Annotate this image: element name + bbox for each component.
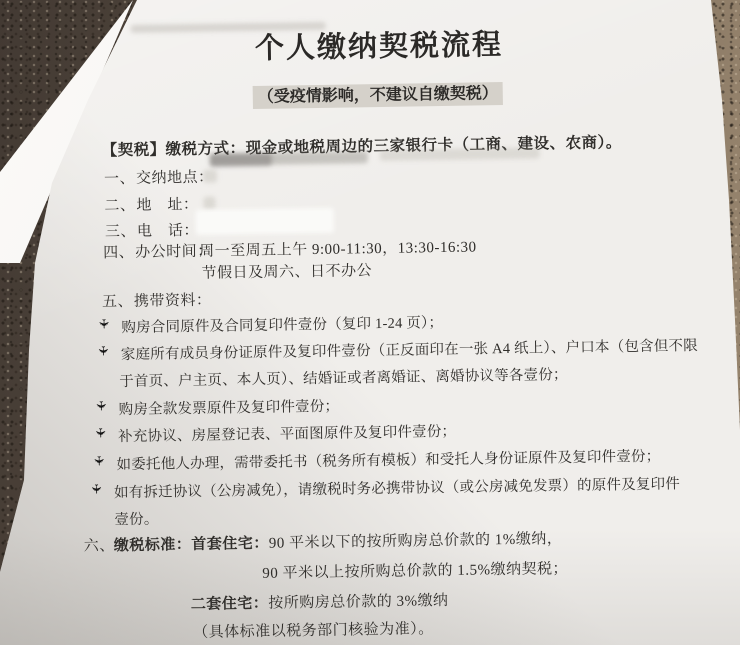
bullet-item-continued: 壹份。 xyxy=(114,508,158,530)
second-home-line: 二套住宅：按所购房总价款的 3%缴纳 xyxy=(191,589,449,614)
document-content: 个人缴纳契税流程 （受疫情影响，不建议自缴契税） 【契税】缴税方式：现金或地税周… xyxy=(0,0,740,645)
item-number: 三、 xyxy=(105,220,137,242)
plane-down-icon: ✈ xyxy=(95,318,110,329)
plane-down-icon: ✈ xyxy=(95,345,110,356)
item-number: 二、 xyxy=(104,194,136,216)
bullet-item: 如委托他人办理，需带委托书（税务所有模板）和受托人身份证原件及复印件壹份； xyxy=(116,445,660,475)
tax-standard-label: 缴税标准： xyxy=(114,537,192,554)
numbered-item-1: 一、交纳地点： xyxy=(104,166,214,189)
plane-down-icon: ✈ xyxy=(92,400,107,411)
redacted-text-blur xyxy=(210,153,272,167)
item-number: 六、 xyxy=(84,534,114,555)
bullet-item-continued: 于首页、户主页、本人页）、结婚证或者离婚证、离婚协议等各壹份； xyxy=(119,363,568,391)
item-number: 四、 xyxy=(103,241,135,263)
first-home-rule1: 90 平米以下的按所购房总价款的 1%缴纳， xyxy=(269,531,563,552)
item-label: 地 址： xyxy=(136,197,198,214)
redacted-value-blur xyxy=(203,197,215,210)
item-label: 携带资料： xyxy=(134,293,212,310)
second-home-label: 二套住宅： xyxy=(191,596,269,613)
numbered-item-2: 二、地 址： xyxy=(104,193,198,215)
redacted-phone-blur xyxy=(196,208,334,235)
bullet-item: 购房全款发票原件及复印件壹份； xyxy=(119,395,340,419)
numbered-item-5: 五、携带资料： xyxy=(102,289,212,312)
numbered-item-6: 六、缴税标准：首套住宅：90 平米以下的按所购房总价款的 1%缴纳， xyxy=(84,527,563,556)
item-number: 一、 xyxy=(104,167,136,189)
item-number: 五、 xyxy=(102,290,134,312)
numbered-item-4: 四、办公时间： xyxy=(103,240,213,263)
first-home-rule2: 90 平米以上按所购总价款的 1.5%缴纳契税； xyxy=(262,557,568,583)
photo-of-document: 个人缴纳契税流程 （受疫情影响，不建议自缴契税） 【契税】缴税方式：现金或地税周… xyxy=(0,0,740,645)
redacted-text-blur xyxy=(270,151,368,165)
redacted-text-blur xyxy=(380,147,540,161)
subtitle-highlight: （受疫情影响，不建议自缴契税） xyxy=(253,80,503,107)
office-hours: 周一至周五上午 9:00-11:30，13:30-16:30 xyxy=(199,235,477,260)
bullet-item: 购房合同原件及合同复印件壹份（复印 1-24 页）； xyxy=(121,311,443,337)
plane-down-icon: ✈ xyxy=(92,427,107,438)
bullet-item: 家庭所有成员身份证原件及复印件壹份（正反面印在一张 A4 纸上）、户口本（包含但… xyxy=(121,334,698,364)
first-home-label: 首套住宅： xyxy=(191,536,269,553)
plane-down-icon: ✈ xyxy=(88,483,103,494)
bullet-item: 如有拆迁协议（公房减免），请缴税时务必携带协议（或公房减免发票）的原件及复印件 xyxy=(114,472,680,502)
item-label: 电 话： xyxy=(137,223,199,240)
bullet-item: 补充协议、房屋登记表、平面图原件及复印件壹份； xyxy=(118,420,456,446)
standard-note: （具体标准以税务部门核验为准）。 xyxy=(193,617,434,642)
redacted-value-blur xyxy=(203,170,217,183)
office-hours-note: 节假日及周六、日不办公 xyxy=(201,259,372,283)
subtitle-text: （受疫情影响，不建议自缴契税） xyxy=(253,82,503,109)
page-title: 个人缴纳契税流程 xyxy=(255,22,504,67)
second-home-rule: 按所购房总价款的 3%缴纳 xyxy=(268,593,448,612)
plane-down-icon: ✈ xyxy=(90,455,105,466)
numbered-item-3: 三、电 话： xyxy=(105,219,199,241)
